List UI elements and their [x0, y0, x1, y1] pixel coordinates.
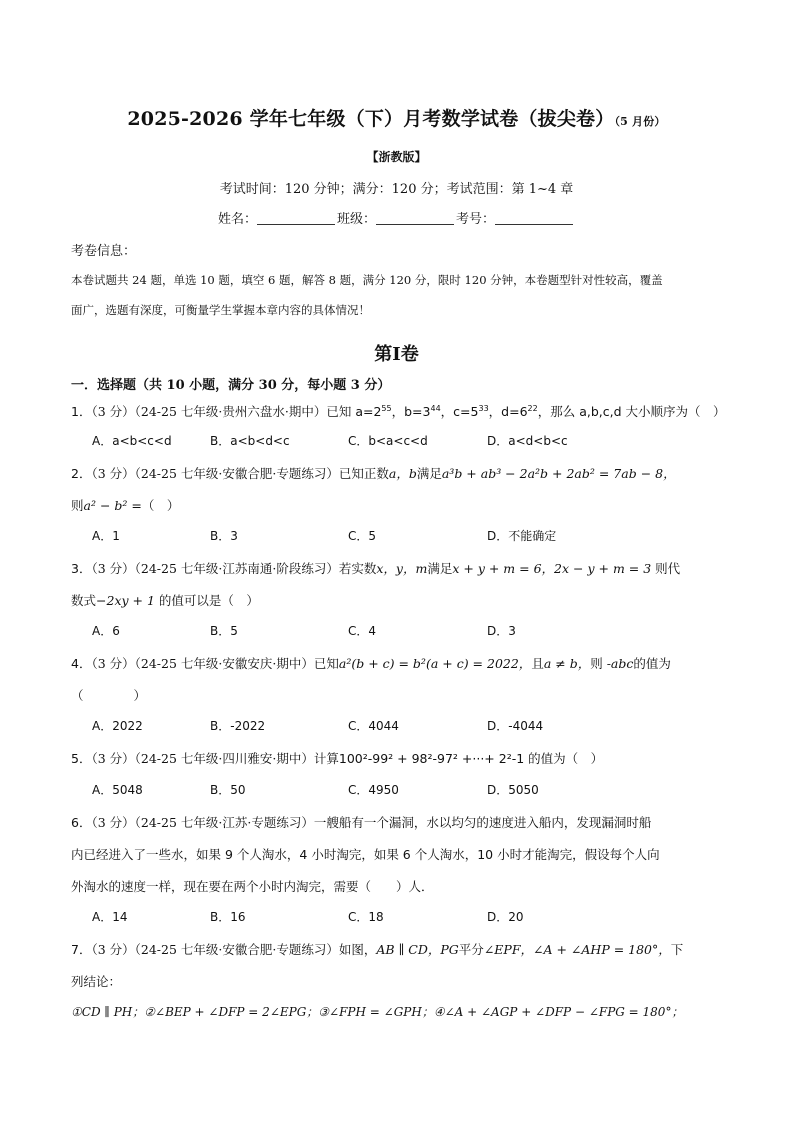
- question-source: （24-25 七年级·四川雅安·期中）: [135, 751, 314, 766]
- question-3-line2: 数式−2xy + 1 的值可以是（ ）: [71, 591, 259, 609]
- option-c[interactable]: C．18: [348, 908, 384, 925]
- student-info-line: 姓名：班级：考号：: [0, 208, 793, 227]
- question-text: ，那么 a,b,c,d 大小顺序为（ ）: [538, 404, 726, 419]
- question-score: （3 分）: [91, 656, 134, 671]
- question-6-line3: 外淘水的速度一样，现在要在两个小时内淘完，需要（ ）人．: [71, 877, 434, 895]
- exponent: 55: [381, 404, 391, 413]
- question-text: 若实数: [339, 561, 377, 576]
- question-2: 2．（3 分）（24-25 七年级·安徽合肥·专题练习）已知正数a，b满足a³b…: [71, 464, 676, 482]
- question-6-line2: 内已经进入了一些水，如果 9 个人淘水，4 小时淘完，如果 6 个人淘水，10 …: [71, 845, 660, 863]
- class-label: 班级：: [337, 212, 376, 227]
- question-source: （24-25 七年级·安徽安庆·期中）: [135, 656, 314, 671]
- question-text: 的值为: [633, 656, 671, 671]
- math-expression: a²(b + c) = b²(a + c) = 2022，: [339, 656, 531, 671]
- question-6: 6．（3 分）（24-25 七年级·江苏·专题练习）一艘船有一个漏洞，水以均匀的…: [71, 813, 651, 831]
- question-score: （3 分）: [91, 942, 134, 957]
- option-d[interactable]: D．不能确定: [487, 527, 556, 544]
- option-a[interactable]: A．1: [92, 527, 120, 544]
- option-c[interactable]: C．4: [348, 622, 376, 639]
- number-label: 考号：: [456, 212, 495, 227]
- question-score: （3 分）: [91, 404, 134, 419]
- option-b[interactable]: B．16: [210, 908, 246, 925]
- math-expression: a² − b² =: [84, 498, 142, 513]
- question-text: 则代: [651, 561, 680, 576]
- question-text: 且: [531, 656, 544, 671]
- info-text-line1: 本卷试题共 24 题，单选 10 题，填空 6 题，解答 8 题，满分 120 …: [71, 272, 663, 288]
- math-expression: 100²-99² + 98²-97² +···+ 2²-1: [339, 751, 524, 766]
- math-expression: ∠EPF，∠A + ∠AHP = 180°，: [484, 942, 671, 957]
- info-label: 考卷信息：: [71, 240, 136, 259]
- math-expression: x，y，m: [376, 561, 427, 576]
- exponent: 44: [430, 404, 440, 413]
- question-source: （24-25 七年级·安徽合肥·专题练习）: [135, 942, 339, 957]
- question-text: 数式: [71, 593, 96, 608]
- option-a[interactable]: A．14: [92, 908, 127, 925]
- question-text: 已知 a=2: [326, 404, 381, 419]
- question-score: （3 分）: [91, 815, 134, 830]
- option-b[interactable]: B．-2022: [210, 717, 265, 734]
- question-text: 一艘船有一个漏洞，水以均匀的速度进入船内，发现漏洞时船: [314, 815, 652, 830]
- question-text: 满足: [417, 466, 442, 481]
- math-expression: a ≠ b，: [544, 656, 590, 671]
- option-b[interactable]: B．a<b<d<c: [210, 432, 290, 449]
- question-score: （3 分）: [91, 561, 134, 576]
- number-blank[interactable]: [495, 212, 573, 225]
- question-text: 的值为（ ）: [524, 751, 603, 766]
- exam-title: 2025-2026 学年七年级（下）月考数学试卷（拔尖卷）（5 月份）: [0, 104, 793, 131]
- question-3: 3．（3 分）（24-25 七年级·江苏南通·阶段练习）若实数x，y，m满足x …: [71, 559, 680, 577]
- question-number: 3．: [71, 561, 91, 576]
- info-text-line2: 面广，选题有深度，可衡量学生掌握本章内容的具体情况！: [71, 302, 370, 318]
- exponent: 33: [478, 404, 488, 413]
- question-number: 2．: [71, 466, 91, 481]
- question-text: 则: [590, 656, 606, 671]
- option-a[interactable]: A．5048: [92, 781, 143, 798]
- option-b[interactable]: B．5: [210, 622, 238, 639]
- question-text: ，b=3: [392, 404, 431, 419]
- question-number: 5．: [71, 751, 91, 766]
- question-text: 的值可以是（ ）: [155, 593, 259, 608]
- option-c[interactable]: C．5: [348, 527, 376, 544]
- question-4: 4．（3 分）（24-25 七年级·安徽安庆·期中）已知a²(b + c) = …: [71, 654, 671, 672]
- question-source: （24-25 七年级·江苏南通·阶段练习）: [135, 561, 339, 576]
- question-text: 下: [671, 942, 684, 957]
- option-d[interactable]: D．a<d<b<c: [487, 432, 568, 449]
- option-a[interactable]: A．a<b<c<d: [92, 432, 172, 449]
- question-source: （24-25 七年级·安徽合肥·专题练习）: [135, 466, 339, 481]
- option-a[interactable]: A．2022: [92, 717, 143, 734]
- math-expression: x + y + m = 6，2x − y + m = 3: [452, 561, 651, 576]
- question-number: 6．: [71, 815, 91, 830]
- question-text: 如图，: [339, 942, 377, 957]
- question-text: 计算: [314, 751, 339, 766]
- name-label: 姓名：: [218, 212, 257, 227]
- question-7-line2: 列结论：: [71, 972, 121, 990]
- question-text: 已知: [314, 656, 339, 671]
- option-d[interactable]: D．20: [487, 908, 524, 925]
- question-text: 平分: [459, 942, 484, 957]
- class-blank[interactable]: [376, 212, 454, 225]
- math-expression: AB ∥ CD，PG: [376, 942, 458, 957]
- math-expression: −2xy + 1: [96, 593, 155, 608]
- question-score: （3 分）: [91, 751, 134, 766]
- question-number: 1．: [71, 404, 91, 419]
- option-c[interactable]: C．b<a<c<d: [348, 432, 428, 449]
- question-5: 5．（3 分）（24-25 七年级·四川雅安·期中）计算100²-99² + 9…: [71, 749, 603, 767]
- option-b[interactable]: B．3: [210, 527, 238, 544]
- exam-title-month: （5 月份）: [614, 115, 665, 128]
- option-c[interactable]: C．4950: [348, 781, 399, 798]
- exam-title-main: 2025-2026 学年七年级（下）月考数学试卷（拔尖卷）: [127, 108, 614, 130]
- math-expression: -abc: [607, 656, 634, 671]
- question-source: （24-25 七年级·江苏·专题练习）: [135, 815, 314, 830]
- option-c[interactable]: C．4044: [348, 717, 399, 734]
- math-expression: a，b: [389, 466, 417, 481]
- question-7-conclusions: ①CD ∥ PH；②∠BEP + ∠DFP = 2∠EPG；③∠FPH = ∠G…: [71, 1003, 683, 1020]
- question-text: ，d=6: [489, 404, 528, 419]
- name-blank[interactable]: [257, 212, 335, 225]
- section-heading: 一．选择题（共 10 小题，满分 30 分，每小题 3 分）: [71, 374, 390, 393]
- question-source: （24-25 七年级·贵州六盘水·期中）: [135, 404, 327, 419]
- edition-label: 【浙教版】: [0, 148, 793, 165]
- exam-meta: 考试时间：120 分钟；满分：120 分；考试范围：第 1~4 章: [0, 178, 793, 197]
- question-score: （3 分）: [91, 466, 134, 481]
- exponent: 22: [528, 404, 538, 413]
- question-text: ，c=5: [441, 404, 479, 419]
- volume-heading: 第Ⅰ卷: [0, 340, 793, 366]
- option-b[interactable]: B．50: [210, 781, 246, 798]
- question-4-line2: （ ）: [71, 686, 146, 704]
- question-text: 满足: [427, 561, 452, 576]
- option-d[interactable]: D．5050: [487, 781, 539, 798]
- option-d[interactable]: D．3: [487, 622, 516, 639]
- option-d[interactable]: D．-4044: [487, 717, 543, 734]
- option-a[interactable]: A．6: [92, 622, 120, 639]
- question-text: 则: [71, 498, 84, 513]
- question-7: 7．（3 分）（24-25 七年级·安徽合肥·专题练习）如图，AB ∥ CD，P…: [71, 940, 683, 958]
- answer-bracket: （ ）: [142, 498, 180, 513]
- math-expression: a³b + ab³ − 2a²b + 2ab² = 7ab − 8，: [442, 466, 676, 481]
- question-number: 4．: [71, 656, 91, 671]
- question-text: 已知正数: [339, 466, 389, 481]
- question-number: 7．: [71, 942, 91, 957]
- question-1: 1．（3 分）（24-25 七年级·贵州六盘水·期中）已知 a=255，b=34…: [71, 402, 726, 420]
- question-2-line2: 则a² − b² =（ ）: [71, 496, 179, 514]
